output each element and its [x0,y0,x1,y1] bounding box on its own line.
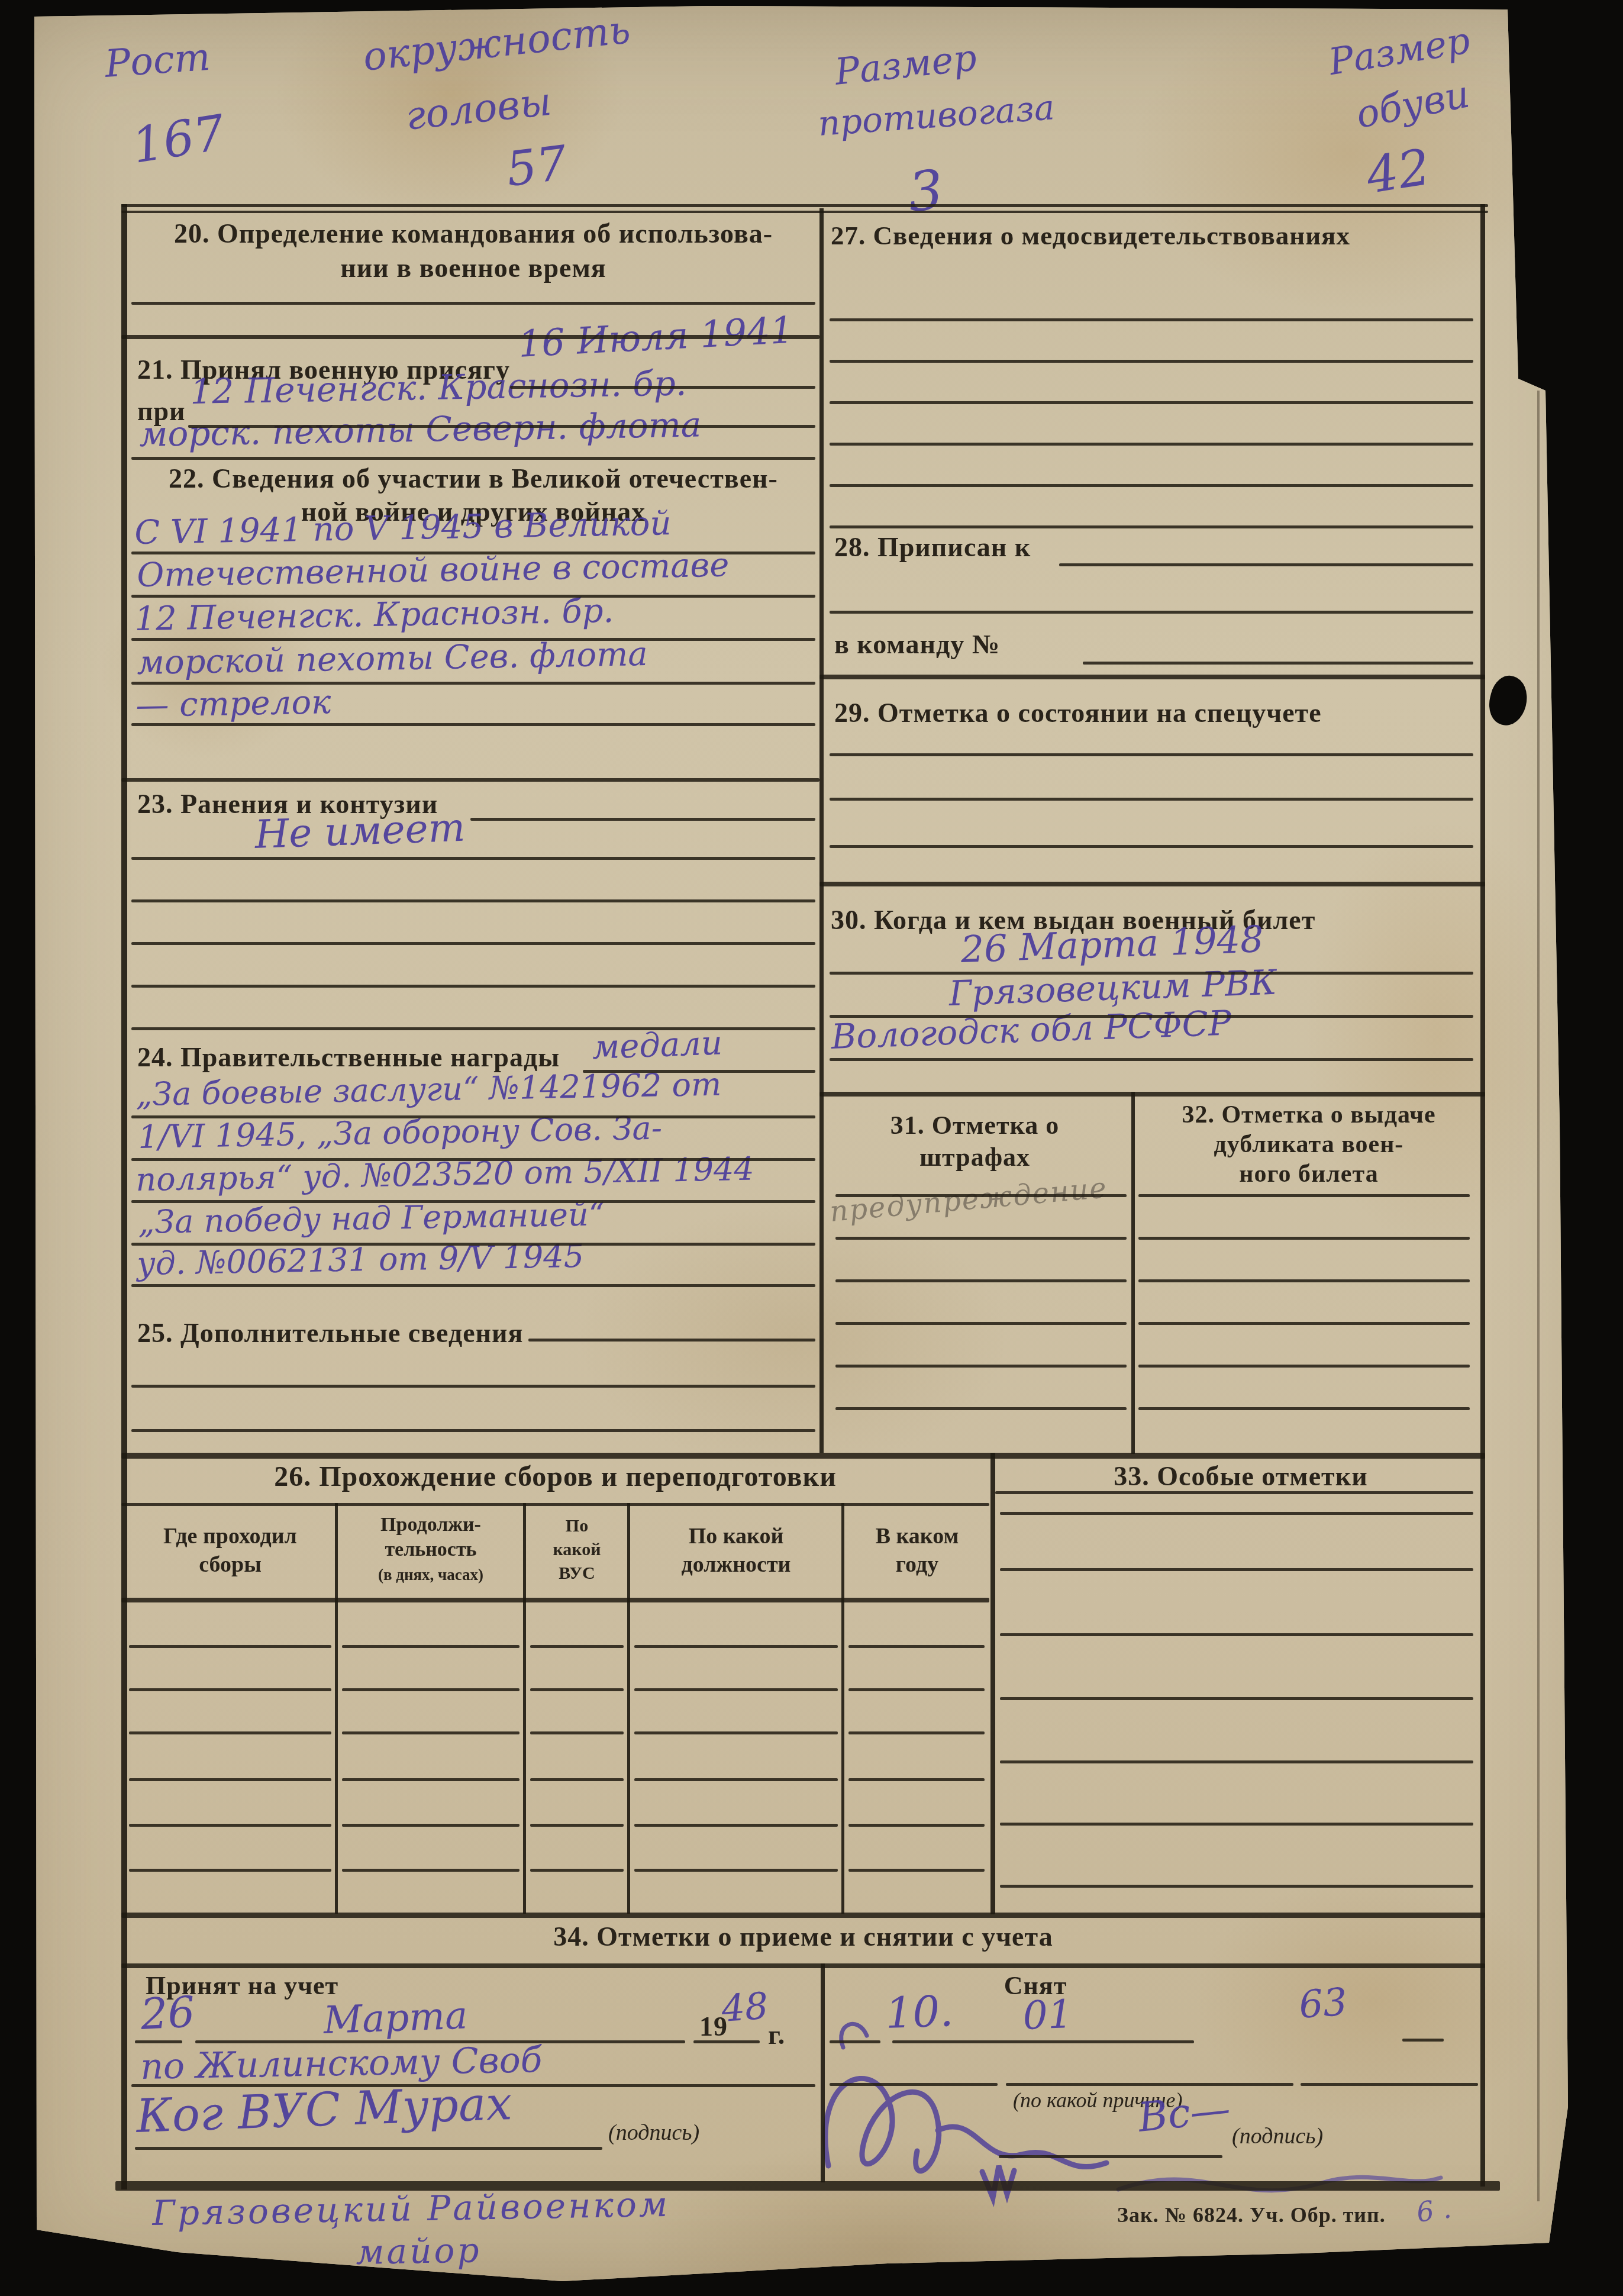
ruled-line [131,1158,815,1161]
ruled-line [131,857,815,860]
section-22-title-line-1: 22. Сведения об участии в Великой отечес… [136,463,811,494]
ruled-line [129,1688,331,1691]
section-24: 24. Правительственные награды медали „За… [0,0,1623,2296]
ruled-line [129,1869,331,1872]
ruled-line [342,1824,520,1827]
ticket-region-handwriting: Вологодск обл РСФСР [831,1002,1232,1057]
ruled-line [830,525,1473,528]
ruled-line [129,1778,331,1781]
section-30: 30. Когда и кем выдан военный билет 26 М… [0,0,1623,2296]
ruled-line [848,1645,985,1648]
ruled-line [1138,1365,1470,1368]
registered-place-handwriting: по Жилинскому Своб [140,2039,543,2088]
section-32-title-line-2: дубликата воен- [1137,1130,1480,1159]
ruled-line [121,1963,1485,1968]
ruled-line [693,2040,760,2043]
section-27: 27. Сведения о медосвидетельствованиях [0,0,1623,2296]
ruled-line [342,1869,520,1872]
ruled-line [131,1243,815,1246]
ruled-line [1301,2083,1478,2086]
ruled-line [830,2040,880,2043]
ruled-line [1000,1885,1473,1888]
ruled-line [830,753,1473,756]
ruled-line [115,2181,1500,2191]
ruled-line [121,778,819,782]
table-header-vus-line3: ВУС [559,1562,595,1585]
grid-divider-line [1480,204,1485,2187]
footer-rank-handwriting: майор [356,2230,482,2272]
section-31-title-line-1: 31. Отметка о [825,1110,1124,1140]
section-27-title: 27. Сведения о медосвидетельствованиях [831,220,1350,251]
ruled-line [835,1194,1127,1197]
ruled-line [530,1731,624,1734]
ruled-line [819,882,1485,886]
section-26-table: 26. Прохождение сборов и переподготовки … [0,0,1623,2296]
registered-year-handwriting: 48 [720,1984,770,2030]
ruled-line [1138,1194,1470,1197]
oath-unit-handwriting-2: морск. пехоты Северн. флота [139,404,702,454]
ruled-line [131,723,815,726]
ruled-line [135,2040,182,2043]
gasmask-size-label-2: противогаза [817,87,1056,144]
ruled-line [830,484,1473,487]
grid-divider-line [1131,1092,1135,1454]
awards-handwriting-0: медали [592,1024,723,1067]
section-23-label: 23. Ранения и контузии [137,788,438,820]
table-header-where: Где проходил сборы [129,1506,331,1595]
ruled-line [530,1688,624,1691]
ruled-line [819,675,1485,679]
ruled-line [634,1731,838,1734]
ruled-line [1006,2083,1293,2086]
scan-background: Рост 167 окружность головы 57 Размер про… [0,0,1623,2296]
ruled-line [470,818,815,821]
section-28-label-2: в команду № [834,628,1000,660]
top-annotations: Рост 167 окружность головы 57 Размер про… [0,0,1623,2296]
section-34: 34. Отметки о приеме и снятии с учета Пр… [0,0,1623,2296]
ruled-line [530,1778,624,1781]
gasmask-size-label-1: Размер [833,36,979,93]
ruled-line [131,457,815,460]
section-21-prefix: при [137,395,186,427]
fines-pencil-note: предупреждение [828,1171,1109,1228]
section-32-title-line-1: 32. Отметка о выдаче [1137,1101,1480,1129]
ruled-line [830,2083,998,2086]
grid-divider-line [990,1453,995,1914]
war-service-handwriting-5: — стрелок [135,683,331,725]
ruled-line [1083,662,1473,665]
table-header-year-line1: В каком [876,1522,959,1550]
ruled-line [835,1237,1127,1240]
ruled-line [131,302,815,305]
section-34-title: 34. Отметки о приеме и снятии с учета [121,1921,1485,1952]
table-header-duration-line3: (в днях, часах) [378,1562,483,1587]
ruled-line [530,1824,624,1827]
table-header-duration-line1: Продолжи- [380,1513,481,1537]
head-circumference-value: 57 [504,135,570,197]
section-28-label-1: 28. Приписан к [834,531,1031,563]
wounds-handwriting: Не имеет [254,805,466,857]
grid-divider-line [523,1503,526,1914]
ruled-line [634,1869,838,1872]
registered-label: Принят на учет [146,1971,338,2001]
ruled-line [848,1824,985,1827]
ruled-line [131,1115,815,1118]
section-30-title: 30. Когда и кем выдан военный билет [831,904,1315,936]
gasmask-size-value: 3 [906,158,946,224]
section-29: 29. Отметка о состоянии на спецучете [0,0,1623,2296]
ruled-line [131,1284,815,1287]
ruled-line [634,1645,838,1648]
ticket-issue-date-handwriting: 26 Марта 1948 [960,917,1264,971]
table-header-vus-line1: По [566,1514,588,1538]
section-33: 33. Особые отметки [0,0,1623,2296]
registered-month-handwriting: Марта [322,1994,468,2043]
ruled-line [121,1503,989,1506]
ruled-line [830,1015,1473,1018]
ruled-line [1402,2039,1444,2042]
war-service-handwriting-3: 12 Печенгск. Краснозн. бр. [134,592,614,639]
ruled-line [131,682,815,685]
ruled-line [835,1365,1127,1368]
ruled-line [583,1070,815,1073]
ruled-line [530,1869,624,1872]
ticket-issuer-handwriting: Грязовецким РВК [948,962,1277,1014]
footer-official-handwriting: Грязовецкий Райвоенком [152,2184,670,2233]
ruled-line [848,1688,985,1691]
table-header-position-line1: По какой [689,1522,784,1550]
table-header-where-line2: сборы [199,1550,262,1579]
ruled-line [634,1778,838,1781]
grid-divider-line [821,1963,825,2182]
section-24-label: 24. Правительственные награды [137,1041,560,1073]
registered-signature-caption: (подпись) [608,2120,699,2146]
registered-year-prefix: 19 [699,2011,728,2042]
ruled-line [131,552,815,554]
ruled-line [1138,1322,1470,1325]
section-32-title-line-3: ного билета [1137,1160,1480,1188]
ruled-line [634,1824,838,1827]
ruled-line [1000,1697,1473,1700]
ruled-line [121,1598,989,1602]
section-20-title-line-1: 20. Определение командования об использо… [136,218,811,249]
page-edge-crease [1537,391,1540,2201]
ruled-line [131,1200,815,1203]
signature-flourish-icon [787,2012,1467,2272]
ruled-line [342,1645,520,1648]
ruled-line [131,595,815,598]
ruled-line [195,2040,685,2043]
ruled-line [1138,1407,1470,1410]
shoe-size-value: 42 [1363,137,1434,205]
shoe-size-label-2: обуви [1353,72,1473,137]
ruled-line [188,425,815,428]
ruled-line [999,2155,1222,2158]
ruled-line [121,204,1488,207]
ruled-line [1138,1237,1470,1240]
ruled-line [830,972,1473,975]
section-22: 22. Сведения об участии в Великой отечес… [0,0,1623,2296]
footer: Грязовецкий Райвоенком майор Зак. № 6824… [0,0,1623,2296]
ruled-line [634,1688,838,1691]
ruled-line [131,638,815,641]
ruled-line [121,211,1488,213]
ruled-line [131,1429,815,1432]
registered-year-suffix: г. [768,2019,785,2050]
registered-day-handwriting: 26 [140,1987,196,2039]
head-circumference-label-1: окружность [361,7,633,80]
ruled-line [135,2147,602,2150]
ruled-line [121,335,819,339]
hole-punch [1485,672,1532,730]
shoe-size-label-1: Размер [1326,18,1473,83]
section-33-title: 33. Особые отметки [995,1460,1486,1492]
section-25: 25. Дополнительные сведения [0,0,1623,2296]
ruled-line [342,1688,520,1691]
ruled-line [830,318,1473,321]
section-29-title: 29. Отметка о состоянии на спецучете [834,697,1322,728]
table-header-position-line2: должности [682,1550,791,1579]
section-25-label: 25. Дополнительные сведения [137,1317,524,1349]
ruled-line [129,1731,331,1734]
section-26-title: 26. Прохождение сборов и переподготовки [121,1460,989,1493]
ruled-line [835,1322,1127,1325]
ruled-line [530,1645,624,1648]
ruled-line [819,1092,1485,1097]
war-service-handwriting-1: С VI 1941 по V 1945 в Великой [134,504,672,552]
ruled-line [131,1385,815,1388]
ruled-line [1000,1823,1473,1826]
table-header-where-line1: Где проходил [163,1522,297,1550]
document-page: Рост 167 окружность головы 57 Размер про… [0,0,1623,2296]
ruled-line [131,942,815,945]
section-32: 32. Отметка о выдаче дубликата воен- ног… [0,0,1623,2296]
ruled-line [528,1339,815,1342]
ruled-line [848,1731,985,1734]
section-20: 20. Определение командования об использо… [0,0,1623,2296]
table-header-duration-line2: тельность [385,1537,476,1562]
table-header-vus: По какой ВУС [530,1503,624,1597]
ruled-line [892,2040,1194,2043]
ruled-line [835,1279,1127,1282]
ruled-line [830,611,1473,614]
ruled-line [342,1778,520,1781]
table-header-vus-line2: какой [553,1538,601,1562]
section-21-label: 21. Принял военную присягу [137,354,510,385]
ruled-line [830,1058,1473,1061]
ruled-line [848,1778,985,1781]
height-label: Рост [104,36,212,86]
ruled-line [129,1645,331,1648]
ruled-line [830,443,1473,446]
ruled-line [131,2084,815,2087]
ruled-line [830,360,1473,363]
war-service-handwriting-4: морской пехоты Сев. флота [137,635,648,682]
section-23: 23. Ранения и контузии Не имеет [0,0,1623,2296]
ruled-line [830,845,1473,848]
section-31-title-line-2: штрафах [825,1142,1124,1172]
ruled-line [848,1869,985,1872]
table-header-year-line2: году [896,1550,938,1579]
section-31: 31. Отметка о штрафах предупреждение [0,0,1623,2296]
ruled-line [1059,563,1473,566]
grid-divider-line [335,1503,338,1914]
ruled-line [1000,1512,1473,1515]
ruled-line [131,1027,815,1030]
table-header-duration: Продолжи- тельность (в днях, часах) [342,1503,520,1597]
ruled-line [131,899,815,902]
ruled-line [129,1824,331,1827]
ruled-line [1138,1279,1470,1282]
ruled-line [131,985,815,988]
section-28: 28. Приписан к в команду № [0,0,1623,2296]
awards-handwriting-3: полярья“ уд. №023520 от 5/XII 1944 [135,1150,754,1198]
ruled-line [342,1731,520,1734]
section-22-title-line-2: ной войне и других войнах [136,496,811,527]
ruled-line [121,1913,1485,1918]
height-value: 167 [128,105,228,175]
grid-divider-line [627,1503,630,1914]
ruled-line [510,386,815,389]
grid-divider-line [121,204,127,2189]
ruled-line [835,1407,1127,1410]
grid-divider-line [841,1503,844,1914]
section-20-title-line-2: нии в военное время [136,252,811,283]
ruled-line [995,1491,1473,1494]
table-header-year: В каком году [848,1506,986,1595]
ruled-line [121,1453,1485,1459]
ruled-line [1000,1633,1473,1636]
section-21: 21. Принял военную присягу 16 Июля 1941 … [0,0,1623,2296]
table-header-position: По какой должности [634,1506,838,1595]
grid-divider-line [819,208,824,1453]
ruled-line [1000,1568,1473,1571]
removed-label: Снят [822,1971,1248,2001]
ruled-line [1000,1760,1473,1763]
ruled-line [830,401,1473,404]
head-circumference-label-2: головы [404,79,554,139]
ruled-line [830,798,1473,801]
